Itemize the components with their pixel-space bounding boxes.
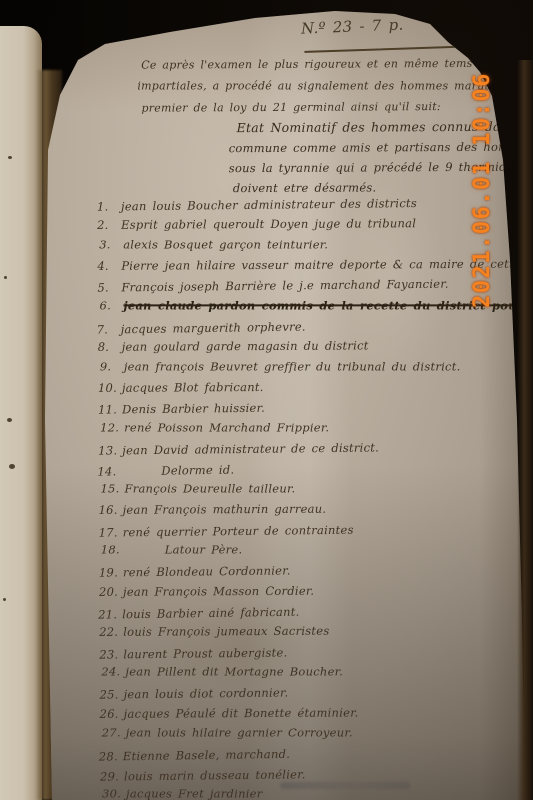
list-item-text: rené Blondeau Cordonnier.	[119, 561, 291, 583]
list-item-number: 2.	[97, 215, 117, 235]
list-item-text: jean François Masson Cordier.	[119, 580, 314, 601]
list-item: 16.jean François mathurin garreau.	[99, 497, 533, 520]
list-item: 27.jean louis hilaire garnier Corroyeur.	[102, 722, 533, 742]
ink-bleed-spot	[4, 276, 7, 279]
list-item: 18.Latour Père.	[101, 539, 533, 559]
list-item-number: 30.	[102, 783, 122, 800]
list-item-text: jean François mathurin garreau.	[119, 499, 327, 520]
handwriting-layer: N.º 23 - 7 p. Ce après l'examen le plus …	[0, 0, 533, 800]
list-item-number: 1.	[97, 196, 117, 217]
ink-bleed-spot	[7, 418, 12, 422]
list-item-number: 6.	[100, 295, 120, 315]
list-item-text: jean Pillent dit Mortagne Boucher.	[121, 661, 343, 681]
list-item-text: alexis Bosquet garçon teinturier.	[119, 234, 328, 254]
list-item: 3.alexis Bosquet garçon teinturier.	[99, 234, 533, 254]
page-number-heading: N.º 23 - 7 p.	[301, 15, 404, 37]
camera-timestamp: 2021.06.01 10:06	[470, 70, 508, 308]
list-item-number: 9.	[100, 356, 120, 376]
list-item-text: François Deureulle tailleur.	[120, 478, 295, 498]
ink-bleed-spot	[3, 598, 6, 601]
list-item-number: 22.	[99, 622, 119, 642]
list-item-number: 21.	[98, 604, 118, 625]
list-item: 12.rené Poisson Marchand Frippier.	[100, 417, 533, 437]
list-item-number: 20.	[99, 581, 119, 601]
list-item-number: 18.	[101, 539, 121, 559]
list-item-number: 24.	[101, 661, 121, 681]
list-item-text: jacques Péaulé dit Bonette étaminier.	[120, 702, 359, 724]
list-item-number: 13.	[98, 441, 118, 462]
list-item: 24.jean Pillent dit Mortagne Boucher.	[101, 661, 533, 681]
list-item-number: 12.	[100, 417, 120, 437]
list-item-number: 7.	[96, 319, 116, 340]
list-item: 15.François Deureulle tailleur.	[100, 478, 533, 498]
list-item: 9.jean françois Beuvret greffier du trib…	[100, 356, 533, 376]
book-edge-right	[517, 60, 533, 800]
list-item-number: 16.	[99, 500, 119, 520]
list-item-text: jean louis Boucher administrateur des di…	[117, 193, 417, 217]
ink-bleed-spot	[9, 464, 15, 469]
list-item-number: 15.	[100, 478, 120, 498]
list-item-number: 4.	[97, 256, 117, 276]
list-item-number: 10.	[98, 378, 118, 398]
archive-photo: N.º 23 - 7 p. Ce après l'examen le plus …	[0, 0, 533, 800]
names-list: 1.jean louis Boucher administrateur des …	[97, 192, 533, 800]
pencil-smudge	[280, 782, 410, 789]
list-item-number: 3.	[99, 234, 119, 254]
heading-underline	[304, 46, 456, 53]
list-item-text: rené Poisson Marchand Frippier.	[120, 417, 329, 437]
list-item-text: louis Barbier ainé fabricant.	[118, 602, 300, 625]
ink-bleed-spot	[8, 156, 12, 159]
list-item-text: Esprit gabriel queroult Doyen juge du tr…	[117, 214, 416, 236]
list-item-number: 27.	[102, 722, 122, 742]
list-item-text: jean louis diot cordonnier.	[119, 683, 288, 705]
list-item-text: jean louis hilaire garnier Corroyeur.	[122, 722, 353, 742]
list-item-number: 8.	[98, 337, 118, 357]
list-item-text: Etienne Basele, marchand.	[119, 744, 291, 767]
list-item-text: jacques marguerith orphevre.	[116, 317, 305, 340]
list-item: 6.jean claude pardon commis de la recett…	[100, 295, 533, 315]
list-item-number: 28.	[99, 747, 119, 768]
list-item-text: jean françois Beuvret greffier du tribun…	[120, 356, 461, 376]
list-item-text: jacques Blot fabricant.	[118, 377, 264, 398]
list-item-number: 25.	[99, 685, 119, 706]
manuscript-page: N.º 23 - 7 p. Ce après l'examen le plus …	[0, 0, 533, 800]
list-item-text: jacques Fret jardinier	[122, 783, 262, 800]
list-item-number: 26.	[100, 703, 120, 723]
list-item-text: Latour Père.	[121, 539, 243, 559]
list-item-number: 19.	[99, 563, 119, 584]
